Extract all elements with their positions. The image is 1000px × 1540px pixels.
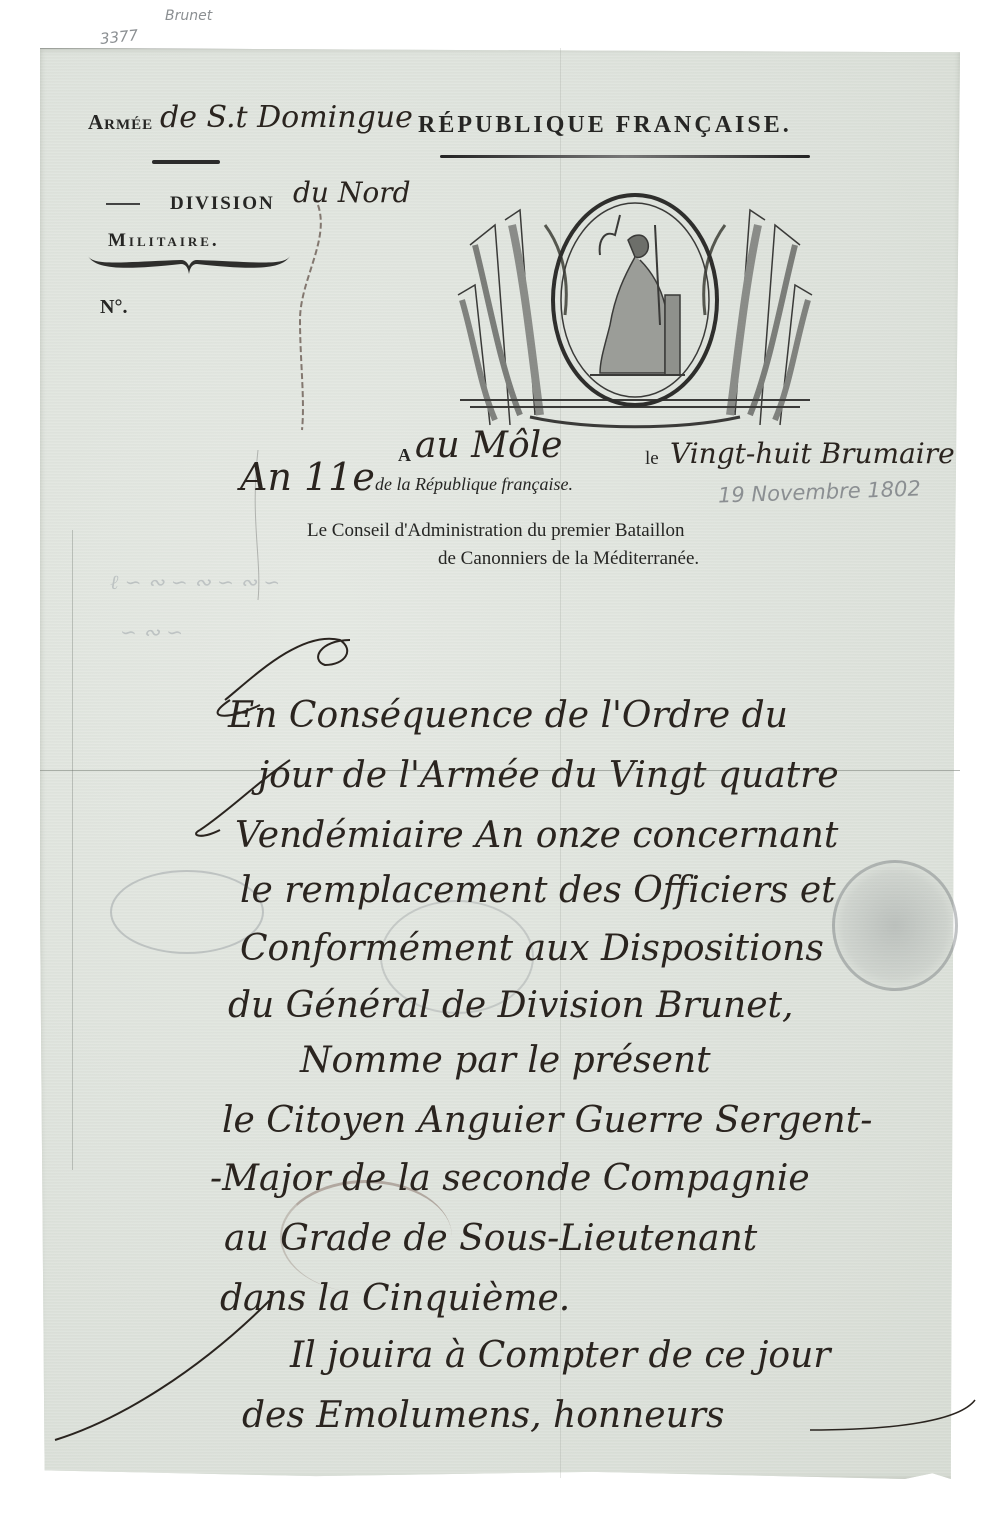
- body-line: dans la Cinquième.: [220, 1278, 570, 1319]
- body-line: -Major de la seconde Compagnie: [210, 1158, 810, 1199]
- body-line: jour de l'Armée du Vingt quatre: [258, 755, 839, 796]
- body-line: le remplacement des Officiers et: [240, 870, 836, 911]
- body-line: Conformément aux Dispositions: [240, 928, 824, 969]
- body-line: des Emolumens, honneurs: [242, 1395, 724, 1436]
- body-line: Vendémiaire An onze concernant: [235, 815, 838, 856]
- body-line: au Grade de Sous-Lieutenant: [224, 1218, 757, 1259]
- body-line: le Citoyen Anguier Guerre Sergent-: [222, 1100, 872, 1141]
- body-line: Il jouira à Compter de ce jour: [290, 1335, 831, 1376]
- body-line: du Général de Division Brunet,: [228, 985, 793, 1026]
- body-line: En Conséquence de l'Ordre du: [228, 695, 788, 736]
- body-line: Nomme par le présent: [300, 1040, 711, 1081]
